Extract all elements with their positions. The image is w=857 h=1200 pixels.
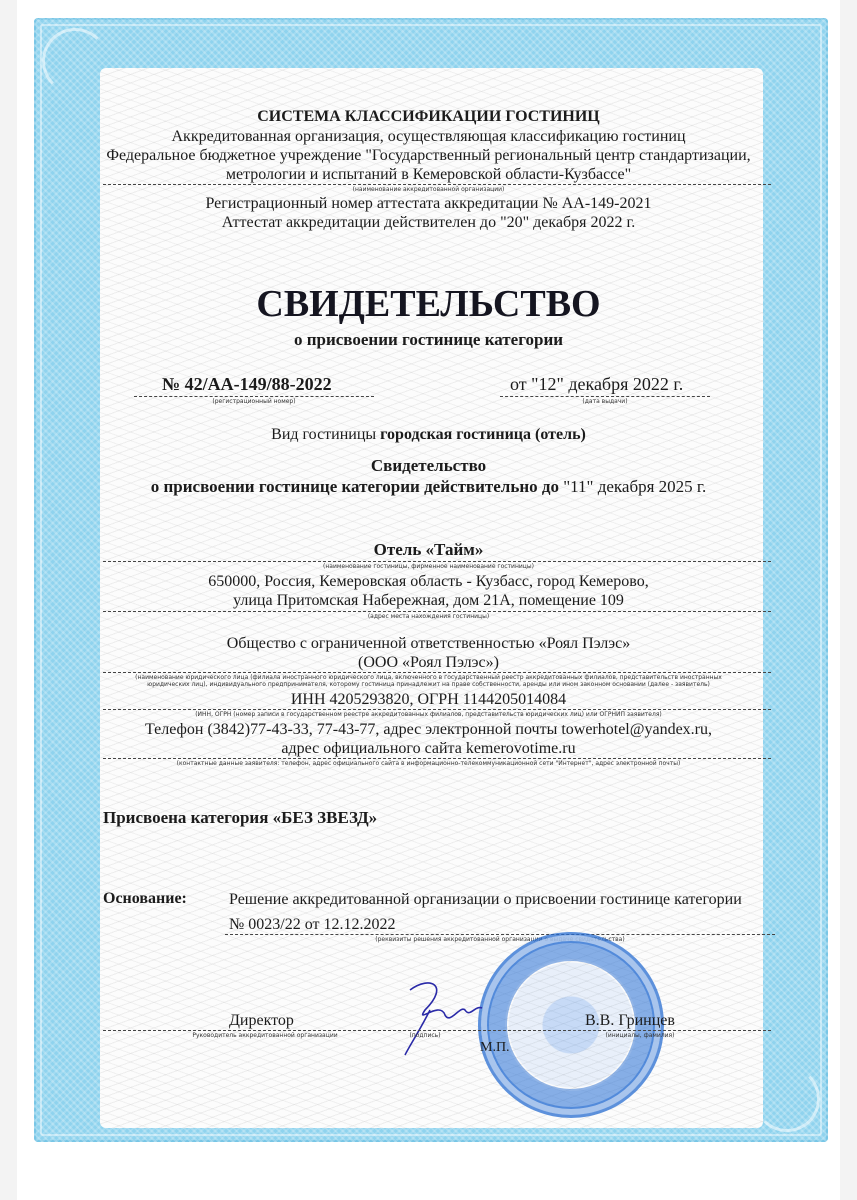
validity-line1: Свидетельство [0, 456, 857, 476]
signature-caption: (подпись) [390, 1032, 460, 1039]
applicant-contacts-caption: (контактные данные заявителя: телефон, а… [0, 760, 857, 767]
basis-text-line2: № 0023/22 от 12.12.2022 [229, 915, 396, 934]
divider [103, 672, 771, 673]
accredited-org-line: Аккредитованная организация, осуществляю… [0, 127, 857, 146]
validity-date: "11" декабря 2025 г. [563, 477, 706, 496]
basis-label: Основание: [103, 890, 187, 908]
org-name-line1: Федеральное бюджетное учреждение "Госуда… [0, 146, 857, 165]
divider [103, 561, 771, 562]
system-title: СИСТЕМА КЛАССИФИКАЦИИ ГОСТИНИЦ [0, 108, 857, 126]
certificate-subtitle: о присвоении гостинице категории [0, 330, 857, 350]
divider [103, 709, 771, 710]
applicant-name-line2: (ООО «Роял Пэлэс») [0, 653, 857, 672]
signatory-name-caption: (инициалы, фамилия) [585, 1032, 695, 1039]
applicant-caption-line1: (наименование юридического лица (филиала… [0, 674, 857, 681]
accreditation-valid: Аттестат аккредитации действителен до "2… [0, 213, 857, 232]
applicant-name-line1: Общество с ограниченной ответственностью… [0, 634, 857, 653]
issue-date: от "12" декабря 2022 г. [510, 374, 683, 395]
accreditation-number: Регистрационный номер аттестата аккредит… [0, 194, 857, 213]
hotel-address-line1: 650000, Россия, Кемеровская область - Ку… [0, 572, 857, 591]
applicant-ids-caption: (ИНН, ОГРН (номер записи в государственн… [0, 711, 857, 718]
hotel-address-line2: улица Притомская Набережная, дом 21А, по… [0, 591, 857, 610]
hotel-type-value: городская гостиница (отель) [380, 426, 586, 443]
basis-text-line1: Решение аккредитованной организации о пр… [229, 890, 742, 909]
registration-number: № 42/АА-149/88-2022 [162, 374, 332, 395]
applicant-contacts-line2: адрес официального сайта kemerovotime.ru [0, 739, 857, 758]
assigned-category: Присвоена категория «БЕЗ ЗВЕЗД» [103, 808, 377, 828]
hotel-name: Отель «Тайм» [0, 540, 857, 560]
hotel-name-caption: (наименование гостиницы, фирменное наиме… [0, 563, 857, 570]
divider [103, 611, 771, 612]
org-name-caption: (наименование аккредитованной организаци… [0, 186, 857, 193]
signatory-name: В.В. Гринцев [585, 1011, 675, 1030]
hotel-type-label: Вид гостиницы [271, 426, 376, 443]
org-name-line2: метрологии и испытаний в Кемеровской обл… [0, 165, 857, 184]
divider [103, 1030, 771, 1031]
applicant-ids: ИНН 4205293820, ОГРН 1144205014084 [0, 690, 857, 709]
divider [103, 184, 771, 185]
divider [225, 934, 775, 935]
hotel-address-caption: (адрес места нахождения гостиницы) [0, 613, 857, 620]
validity-text: о присвоении гостинице категории действи… [151, 477, 559, 496]
issue-date-caption: (дата выдачи) [500, 398, 710, 405]
corner-ornament-icon [754, 1066, 820, 1132]
signatory-position: Директор [229, 1011, 294, 1030]
corner-ornament-icon [42, 28, 108, 94]
basis-caption: (реквизиты решения аккредитованной орган… [225, 936, 775, 943]
certificate-title: СВИДЕТЕЛЬСТВО [0, 282, 857, 326]
applicant-contacts-line1: Телефон (3842)77-43-33, 77-43-77, адрес … [0, 720, 857, 739]
divider [500, 396, 710, 397]
stamp-place: М.П. [480, 1040, 510, 1056]
hotel-type: Вид гостиницы городская гостиница (отель… [0, 425, 857, 444]
registration-number-caption: (регистрационный номер) [134, 398, 374, 405]
divider [103, 758, 771, 759]
divider [134, 396, 374, 397]
applicant-caption-line2: юридических лиц), индивидуального предпр… [0, 681, 857, 688]
signatory-position-caption: Руководитель аккредитованной организации [165, 1032, 365, 1039]
validity-line2: о присвоении гостинице категории действи… [0, 477, 857, 497]
